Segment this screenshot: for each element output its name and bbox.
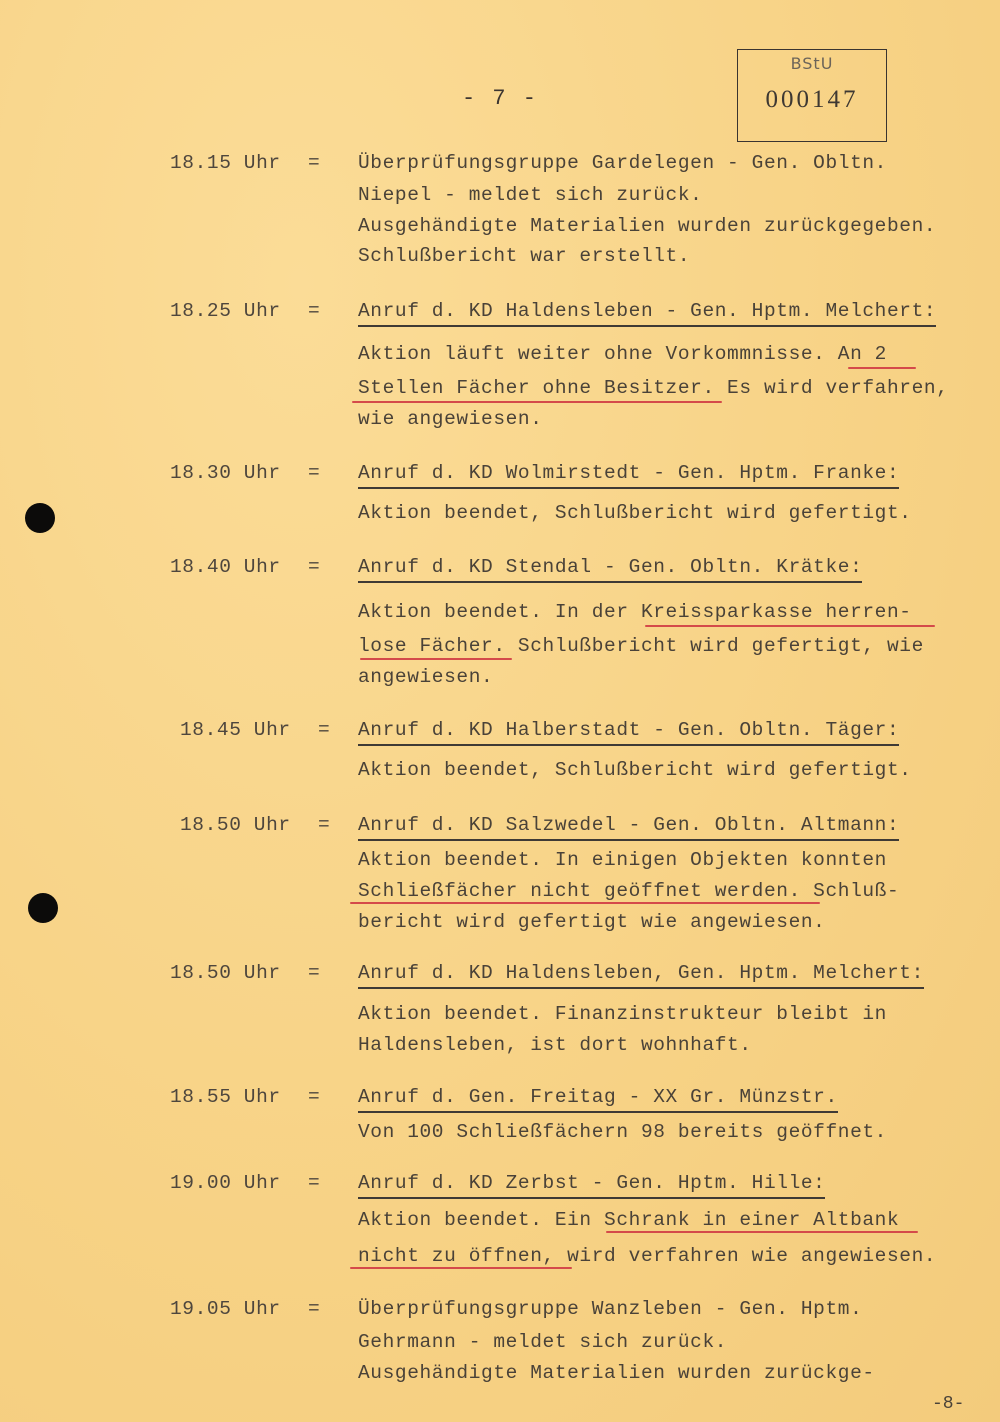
entry-line: Schlußbericht war erstellt. xyxy=(358,245,690,267)
entry-time: 18.40 Uhr xyxy=(170,556,281,578)
entry-time: 19.00 Uhr xyxy=(170,1172,281,1194)
archive-stamp: BStU 000147 xyxy=(737,49,887,142)
entry-heading: Anruf d. KD Stendal - Gen. Obltn. Krätke… xyxy=(358,556,862,583)
entry-line: Überprüfungsgruppe Gardelegen - Gen. Obl… xyxy=(358,152,887,174)
stamp-number: 000147 xyxy=(738,86,886,114)
entry-line: Überprüfungsgruppe Wanzleben - Gen. Hptm… xyxy=(358,1298,862,1320)
entry-separator: = xyxy=(308,300,320,322)
entry-time: 18.25 Uhr xyxy=(170,300,281,322)
entry-heading: Anruf d. KD Haldensleben - Gen. Hptm. Me… xyxy=(358,300,936,327)
red-underline xyxy=(848,367,916,369)
entry-line: Stellen Fächer ohne Besitzer. Es wird ve… xyxy=(358,377,949,399)
entry-heading: Anruf d. KD Haldensleben, Gen. Hptm. Mel… xyxy=(358,962,924,989)
entry-time: 18.50 Uhr xyxy=(180,814,291,836)
entry-line: lose Fächer. Schlußbericht wird gefertig… xyxy=(358,635,924,657)
entry-line: Aktion beendet. Ein Schrank in einer Alt… xyxy=(358,1209,899,1231)
entry-separator: = xyxy=(308,1172,320,1194)
red-underline xyxy=(352,401,722,403)
entry-line: Schließfächer nicht geöffnet werden. Sch… xyxy=(358,880,899,902)
entry-separator: = xyxy=(308,556,320,578)
entry-separator: = xyxy=(308,1086,320,1108)
entry-line: Von 100 Schließfächern 98 bereits geöffn… xyxy=(358,1121,887,1143)
entry-time: 18.50 Uhr xyxy=(170,962,281,984)
red-underline xyxy=(360,658,512,660)
entry-line: Aktion beendet. In einigen Objekten konn… xyxy=(358,849,887,871)
entry-line: Aktion beendet. Finanzinstrukteur bleibt… xyxy=(358,1003,887,1025)
entry-line: wie angewiesen. xyxy=(358,408,543,430)
entry-separator: = xyxy=(318,814,330,836)
stamp-organization: BStU xyxy=(738,54,886,73)
entry-heading: Anruf d. Gen. Freitag - XX Gr. Münzstr. xyxy=(358,1086,838,1113)
red-underline xyxy=(350,1267,572,1269)
entry-time: 18.45 Uhr xyxy=(180,719,291,741)
entry-line: angewiesen. xyxy=(358,666,493,688)
entry-line: Aktion beendet, Schlußbericht wird gefer… xyxy=(358,502,912,524)
entry-time: 19.05 Uhr xyxy=(170,1298,281,1320)
entry-line: Aktion beendet. In der Kreissparkasse he… xyxy=(358,601,912,623)
entry-line: Aktion läuft weiter ohne Vorkommnisse. A… xyxy=(358,343,887,365)
entry-line: Gehrmann - meldet sich zurück. xyxy=(358,1331,727,1353)
entry-line: Niepel - meldet sich zurück. xyxy=(358,184,702,206)
next-page-marker: -8- xyxy=(932,1394,964,1414)
red-underline xyxy=(350,902,820,904)
entry-separator: = xyxy=(308,462,320,484)
entry-time: 18.55 Uhr xyxy=(170,1086,281,1108)
entry-time: 18.15 Uhr xyxy=(170,152,281,174)
entry-separator: = xyxy=(308,152,320,174)
entry-time: 18.30 Uhr xyxy=(170,462,281,484)
entry-separator: = xyxy=(308,1298,320,1320)
entry-line: Haldensleben, ist dort wohnhaft. xyxy=(358,1034,752,1056)
entry-heading: Anruf d. KD Halberstadt - Gen. Obltn. Tä… xyxy=(358,719,899,746)
entry-line: Aktion beendet, Schlußbericht wird gefer… xyxy=(358,759,912,781)
entry-separator: = xyxy=(308,962,320,984)
entry-separator: = xyxy=(318,719,330,741)
entry-line: Ausgehändigte Materialien wurden zurückg… xyxy=(358,1362,875,1384)
entry-line: nicht zu öffnen, wird verfahren wie ange… xyxy=(358,1245,936,1267)
red-underline xyxy=(645,625,935,627)
entry-heading: Anruf d. KD Salzwedel - Gen. Obltn. Altm… xyxy=(358,814,899,841)
entry-line: bericht wird gefertigt wie angewiesen. xyxy=(358,911,825,933)
entry-heading: Anruf d. KD Wolmirstedt - Gen. Hptm. Fra… xyxy=(358,462,899,489)
entry-line: Ausgehändigte Materialien wurden zurückg… xyxy=(358,215,936,237)
punch-hole-top xyxy=(25,503,55,533)
page-number: - 7 - xyxy=(462,86,538,111)
entry-heading: Anruf d. KD Zerbst - Gen. Hptm. Hille: xyxy=(358,1172,825,1199)
punch-hole-bottom xyxy=(28,893,58,923)
red-underline xyxy=(606,1231,918,1233)
